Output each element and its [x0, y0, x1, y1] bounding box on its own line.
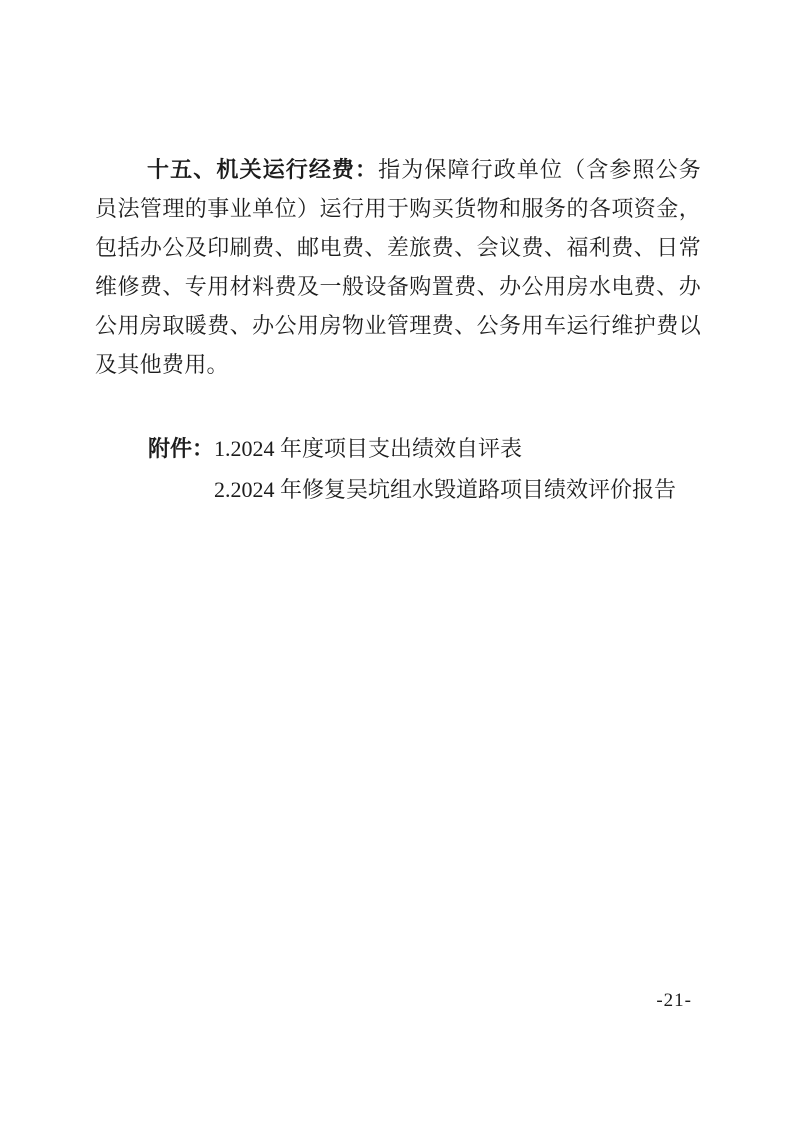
attachments-label: 附件：	[148, 428, 214, 469]
paragraph-body: 指为保障行政单位（含参照公务员法管理的事业单位）运行用于购买货物和服务的各项资金…	[95, 157, 701, 377]
document-content: 十五、机关运行经费：指为保障行政单位（含参照公务员法管理的事业单位）运行用于购买…	[95, 150, 701, 510]
page-number: -21-	[656, 990, 692, 1012]
attachment-item-1: 1.2024 年度项目支出绩效自评表	[214, 428, 701, 469]
attachment-item-2: 2.2024 年修复吴坑组水毁道路项目绩效评价报告	[214, 469, 701, 510]
paragraph-heading: 十五、机关运行经费：	[147, 157, 378, 182]
document-page: 十五、机关运行经费：指为保障行政单位（含参照公务员法管理的事业单位）运行用于购买…	[0, 0, 793, 1122]
paragraph-operating-expenses: 十五、机关运行经费：指为保障行政单位（含参照公务员法管理的事业单位）运行用于购买…	[95, 150, 701, 384]
attachments-block: 附件： 1.2024 年度项目支出绩效自评表 2.2024 年修复吴坑组水毁道路…	[95, 428, 701, 510]
attachments-list: 1.2024 年度项目支出绩效自评表 2.2024 年修复吴坑组水毁道路项目绩效…	[214, 428, 701, 510]
